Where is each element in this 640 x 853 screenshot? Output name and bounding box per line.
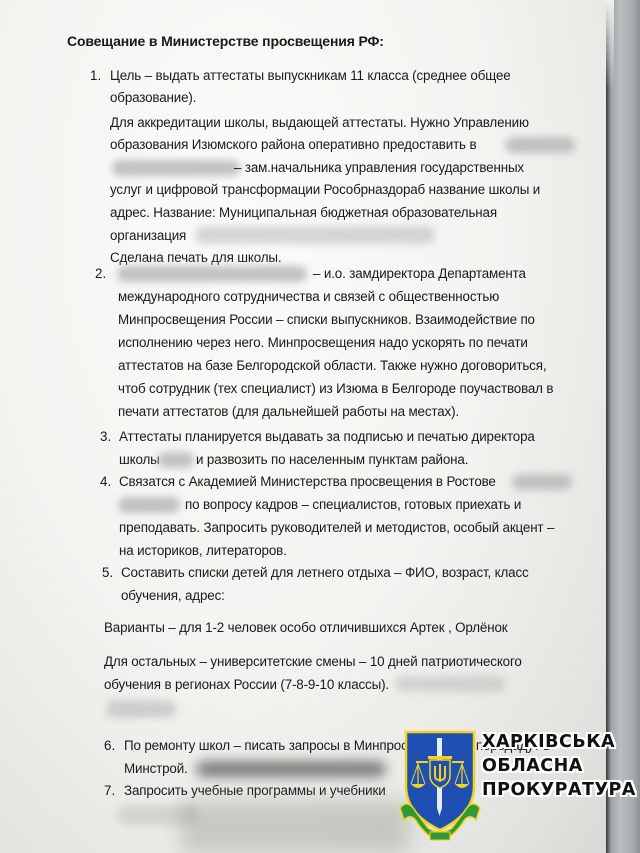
item-5-line: обучения, адрес: bbox=[121, 588, 225, 604]
item-2-line: исполнению через него. Минпросвещения на… bbox=[118, 335, 528, 351]
item-1-line: организация bbox=[110, 228, 186, 244]
item-2-line: аттестатов на базе Белгородской области.… bbox=[118, 358, 546, 374]
item-number: 1. bbox=[90, 68, 101, 84]
paragraph: Варианты – для 1-2 человек особо отличив… bbox=[104, 620, 507, 636]
paragraph: Для остальных – университетские смены – … bbox=[104, 654, 522, 670]
item-2-line: – и.о. замдиректора Департамента bbox=[313, 266, 526, 282]
document: Совещание в Министерстве просвещения РФ:… bbox=[0, 0, 606, 853]
item-2-line: чтоб сотрудник (тех специалист) из Изюма… bbox=[118, 381, 553, 397]
item-number: 2. bbox=[95, 266, 106, 282]
redacted-text bbox=[196, 761, 386, 777]
watermark-line: ОБЛАСНА bbox=[482, 756, 583, 776]
item-1-line: Для аккредитации школы, выдающей аттеста… bbox=[110, 115, 529, 131]
item-3-line: школы bbox=[119, 452, 160, 468]
prosecutor-office-watermark: ХАРКІВСЬКА ОБЛАСНА ПРОКУРАТУРА bbox=[398, 728, 628, 843]
item-2-line: печати аттестатов (для дальнейшей работы… bbox=[118, 404, 459, 420]
redacted-school-name bbox=[195, 226, 435, 244]
item-3-line: и развозить по населенным пунктам района… bbox=[196, 452, 468, 468]
item-2-line: международного сотрудничества и связей с… bbox=[118, 289, 499, 305]
redacted-text bbox=[512, 474, 572, 490]
item-7-line: Запросить учебные программы и учебники bbox=[124, 783, 386, 799]
item-4-line: по вопросу кадров – специалистов, готовы… bbox=[185, 497, 521, 513]
redacted-text bbox=[118, 497, 180, 513]
prosecutor-emblem-icon bbox=[398, 728, 482, 843]
item-1-line: образование). bbox=[110, 90, 196, 106]
item-number: 7. bbox=[104, 783, 115, 799]
watermark-line: ХАРКІВСЬКА bbox=[482, 732, 615, 752]
redacted-text bbox=[395, 676, 505, 692]
watermark-line: ПРОКУРАТУРА bbox=[482, 780, 636, 800]
item-number: 5. bbox=[102, 565, 113, 581]
item-number: 4. bbox=[100, 474, 111, 490]
item-1-line: Цель – выдать аттестаты выпускникам 11 к… bbox=[110, 68, 511, 84]
item-1-line: услуг и цифровой трансформации Рособрназ… bbox=[110, 182, 540, 198]
redacted-name bbox=[158, 452, 194, 468]
item-1-line: – зам.начальника управления государствен… bbox=[234, 160, 524, 176]
item-5-line: Составить списки детей для летнего отдых… bbox=[121, 565, 529, 581]
document-title: Совещание в Министерстве просвещения РФ: bbox=[67, 33, 384, 49]
item-3-line: Аттестаты планируется выдавать за подпис… bbox=[119, 429, 535, 445]
item-6-line: Минстрой. bbox=[124, 761, 188, 777]
item-4-line: Связатся с Академией Министерства просве… bbox=[119, 474, 496, 490]
item-4-line: преподавать. Запросить руководителей и м… bbox=[119, 520, 554, 536]
redacted-name bbox=[112, 160, 240, 176]
item-2-line: Минпросвещения России – списки выпускник… bbox=[118, 312, 535, 328]
item-1-line: образования Изюмского района оперативно … bbox=[110, 137, 476, 153]
redacted-name bbox=[117, 266, 307, 282]
page-edge-highlight bbox=[606, 0, 614, 90]
redacted-signature bbox=[106, 700, 176, 718]
page-edge-shadow bbox=[606, 0, 640, 853]
item-1-line: Сделана печать для школы. bbox=[110, 250, 281, 266]
item-number: 3. bbox=[100, 429, 111, 445]
paragraph: обучения в регионах России (7-8-9-10 кла… bbox=[104, 677, 389, 693]
item-4-line: на историков, литераторов. bbox=[119, 543, 287, 559]
item-1-line: адрес. Название: Муниципальная бюджетная… bbox=[110, 205, 497, 221]
redacted-name bbox=[505, 137, 575, 153]
blurred-area bbox=[180, 800, 410, 853]
item-number: 6. bbox=[104, 738, 115, 754]
